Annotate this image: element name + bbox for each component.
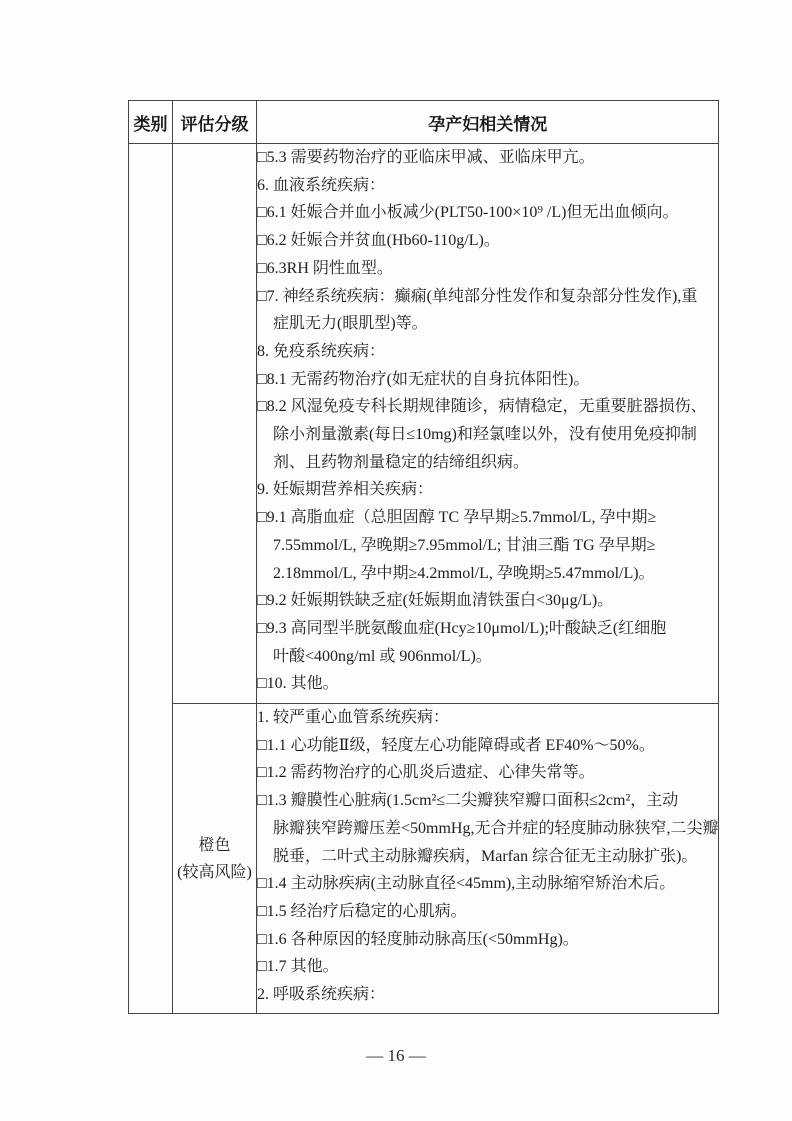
header-row: 类别 评估分级 孕产妇相关情况 <box>129 101 719 144</box>
col-header-category: 类别 <box>129 101 173 144</box>
grade-cell-empty <box>173 144 257 704</box>
category-cell-empty <box>129 144 173 1014</box>
risk-assessment-table: 类别 评估分级 孕产妇相关情况 □5.3 需要药物治疗的亚临床甲减、亚临床甲亢。… <box>128 100 719 1014</box>
checkbox-item-1-4: □1.4 主动脉疾病(主动脉直径<45mm),主动脉缩窄矫治术后。 <box>257 870 718 898</box>
checkbox-item-1-7: □1.7 其他。 <box>257 953 718 981</box>
checkbox-item-9-3-cont: 叶酸<400ng/ml 或 906nmol/L)。 <box>257 643 718 671</box>
section-label-2: 2. 呼吸系统疾病： <box>257 981 718 1009</box>
checkbox-item-6-1: □6.1 妊娠合并血小板减少(PLT50-100×10⁹ /L)但无出血倾向。 <box>257 199 718 227</box>
table-row-continuation: □5.3 需要药物治疗的亚临床甲减、亚临床甲亢。 6. 血液系统疾病： □6.1… <box>129 144 719 704</box>
checkbox-item-9-1-cont1: 7.55mmol/L, 孕晚期≥7.95mmol/L; 甘油三酯 TG 孕早期≥ <box>257 532 718 560</box>
grade-cell-orange: 橙色 (较高风险) <box>173 704 257 1014</box>
checkbox-item-1-5: □1.5 经治疗后稳定的心肌病。 <box>257 898 718 926</box>
checkbox-item-8-2: □8.2 风湿免疫专科长期规律随诊，病情稳定，无重要脏器损伤、 <box>257 393 718 421</box>
checkbox-item-8-2-cont2: 剂、且药物剂量稳定的结缔组织病。 <box>257 449 718 477</box>
checkbox-item-9-2: □9.2 妊娠期铁缺乏症(妊娠期血清铁蛋白<30μg/L)。 <box>257 587 718 615</box>
checkbox-item-7: □7. 神经系统疾病：癫痫(单纯部分性发作和复杂部分性发作),重 <box>257 283 718 311</box>
col-header-situation: 孕产妇相关情况 <box>257 101 719 144</box>
grade-risk-label: (较高风险) <box>173 859 256 886</box>
section-label-9: 9. 妊娠期营养相关疾病： <box>257 476 718 504</box>
checkbox-item-1-6: □1.6 各种原因的轻度肺动脉高压(<50mmHg)。 <box>257 926 718 954</box>
checkbox-item-9-1-cont2: 2.18mmol/L, 孕中期≥4.2mmol/L, 孕晚期≥5.47mmol/… <box>257 560 718 588</box>
situation-cell-row2: 1. 较严重心血管系统疾病： □1.1 心功能Ⅱ级，轻度左心功能障碍或者 EF4… <box>257 704 719 1014</box>
col-header-grade: 评估分级 <box>173 101 257 144</box>
table-row-orange: 橙色 (较高风险) 1. 较严重心血管系统疾病： □1.1 心功能Ⅱ级，轻度左心… <box>129 704 719 1014</box>
checkbox-item-6-3: □6.3RH 阴性血型。 <box>257 255 718 283</box>
document-page: 类别 评估分级 孕产妇相关情况 □5.3 需要药物治疗的亚临床甲减、亚临床甲亢。… <box>0 0 792 1121</box>
checkbox-item-8-2-cont1: 除小剂量激素(每日≤10mg)和羟氯喹以外，没有使用免疫抑制 <box>257 421 718 449</box>
checkbox-item-1-1: □1.1 心功能Ⅱ级，轻度左心功能障碍或者 EF40%～50%。 <box>257 732 718 760</box>
section-label-1: 1. 较严重心血管系统疾病： <box>257 704 718 732</box>
checkbox-item-1-3-cont1: 脉瓣狭窄跨瓣压差<50mmHg,无合并症的轻度肺动脉狭窄,二尖瓣 <box>257 815 718 843</box>
checkbox-item-10: □10. 其他。 <box>257 670 718 698</box>
checkbox-item-9-3: □9.3 高同型半胱氨酸血症(Hcy≥10μmol/L);叶酸缺乏(红细胞 <box>257 615 718 643</box>
grade-color-label: 橙色 <box>173 832 256 859</box>
checkbox-item-1-2: □1.2 需药物治疗的心肌炎后遗症、心律失常等。 <box>257 759 718 787</box>
checkbox-item-9-1: □9.1 高脂血症（总胆固醇 TC 孕早期≥5.7mmol/L, 孕中期≥ <box>257 504 718 532</box>
page-number: — 16 — <box>0 1046 792 1066</box>
situation-cell-row1: □5.3 需要药物治疗的亚临床甲减、亚临床甲亢。 6. 血液系统疾病： □6.1… <box>257 144 719 704</box>
checkbox-item-1-3-cont2: 脱垂，二叶式主动脉瓣疾病，Marfan 综合征无主动脉扩张)。 <box>257 843 718 871</box>
checkbox-item-8-1: □8.1 无需药物治疗(如无症状的自身抗体阳性)。 <box>257 366 718 394</box>
checkbox-item-1-3: □1.3 瓣膜性心脏病(1.5cm²≤二尖瓣狭窄瓣口面积≤2cm²，主动 <box>257 787 718 815</box>
checkbox-item-6-2: □6.2 妊娠合并贫血(Hb60-110g/L)。 <box>257 227 718 255</box>
section-label-8: 8. 免疫系统疾病： <box>257 338 718 366</box>
section-label-6: 6. 血液系统疾病： <box>257 172 718 200</box>
checkbox-item-7-cont: 症肌无力(眼肌型)等。 <box>257 310 718 338</box>
checkbox-item-5-3: □5.3 需要药物治疗的亚临床甲减、亚临床甲亢。 <box>257 144 718 172</box>
